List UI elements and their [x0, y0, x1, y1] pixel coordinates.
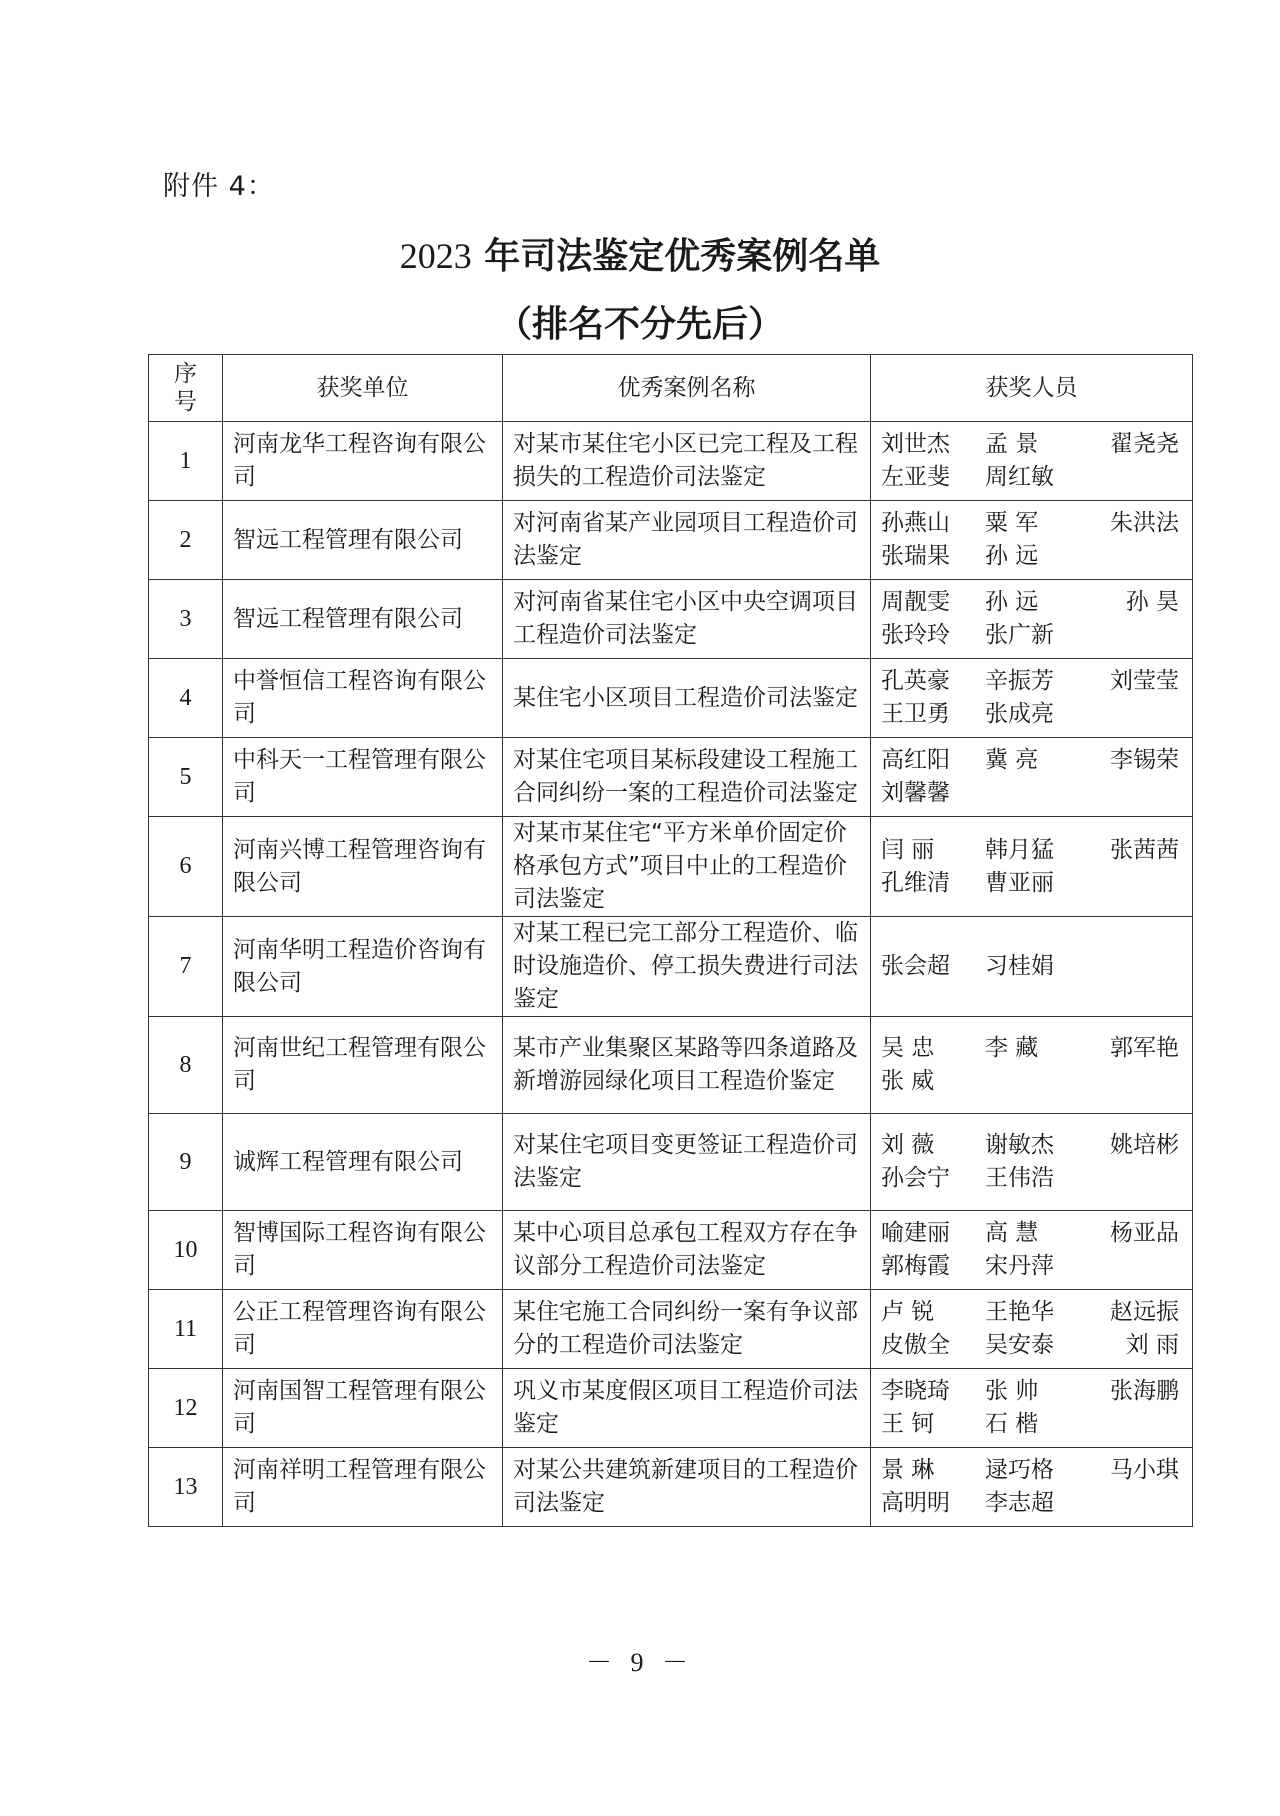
person-name: 孙 远	[985, 540, 1075, 573]
award-people: 刘 薇谢敏杰姚培彬孙会宁王伟浩	[871, 1114, 1193, 1211]
person-name: 刘 薇	[881, 1129, 971, 1162]
person-name: 吴安泰	[985, 1329, 1075, 1362]
person-name: 张 威	[881, 1065, 971, 1098]
person-name: 喻建丽	[881, 1217, 971, 1250]
person-name: 石 楷	[985, 1408, 1075, 1441]
title-text: 年司法鉴定优秀案例名单	[484, 236, 880, 277]
person-name: 杨亚品	[1089, 1217, 1179, 1250]
attachment-label: 附件 4：	[163, 164, 275, 203]
case-name: 某市产业集聚区某路等四条道路及新增游园绿化项目工程造价鉴定	[503, 1017, 871, 1114]
person-name: 张广新	[985, 619, 1075, 652]
person-name: 景 琳	[881, 1454, 971, 1487]
table-row: 10智博国际工程咨询有限公司某中心项目总承包工程双方存在争议部分工程造价司法鉴定…	[149, 1211, 1193, 1290]
person-name: 刘 雨	[1089, 1329, 1179, 1362]
case-name: 对河南省某住宅小区中央空调项目工程造价司法鉴定	[503, 580, 871, 659]
people-list: 吴 忠李 藏郭军艳张 威	[881, 1032, 1182, 1098]
case-name: 对某公共建筑新建项目的工程造价司法鉴定	[503, 1448, 871, 1527]
award-people: 景 琳逯巧格马小琪高明明李志超	[871, 1448, 1193, 1527]
person-name: 姚培彬	[1089, 1129, 1179, 1162]
person-name: 王伟浩	[985, 1162, 1075, 1195]
award-people: 张会超习桂娟	[871, 917, 1193, 1017]
case-name: 某中心项目总承包工程双方存在争议部分工程造价司法鉴定	[503, 1211, 871, 1290]
person-name: 曹亚丽	[985, 867, 1075, 900]
person-name: 周靓雯	[881, 586, 971, 619]
person-name: 卢 锐	[881, 1296, 971, 1329]
case-name: 对某市某住宅“平方米单价固定价格承包方式”项目中止的工程造价司法鉴定	[503, 817, 871, 917]
people-list: 卢 锐王艳华赵远振皮傲全吴安泰刘 雨	[881, 1296, 1182, 1362]
person-name: 孙会宁	[881, 1162, 971, 1195]
person-name: 宋丹萍	[985, 1250, 1075, 1283]
case-name: 对某住宅项目某标段建设工程施工合同纠纷一案的工程造价司法鉴定	[503, 738, 871, 817]
people-list: 刘 薇谢敏杰姚培彬孙会宁王伟浩	[881, 1129, 1182, 1195]
person-name: 吴 忠	[881, 1032, 971, 1065]
case-name: 某住宅小区项目工程造价司法鉴定	[503, 659, 871, 738]
person-name: 翟尧尧	[1089, 428, 1179, 461]
person-name: 李锡荣	[1089, 744, 1179, 777]
award-unit: 诚辉工程管理有限公司	[223, 1114, 503, 1211]
row-number: 5	[149, 738, 223, 817]
people-list: 周靓雯孙 远孙 昊张玲玲张广新	[881, 586, 1182, 652]
award-unit: 公正工程管理咨询有限公司	[223, 1290, 503, 1369]
table-row: 2智远工程管理有限公司对河南省某产业园项目工程造价司法鉴定孙燕山粟 军朱洪法张瑞…	[149, 501, 1193, 580]
person-name: 李志超	[985, 1487, 1075, 1520]
table-row: 3智远工程管理有限公司对河南省某住宅小区中央空调项目工程造价司法鉴定周靓雯孙 远…	[149, 580, 1193, 659]
person-name: 冀 亮	[985, 744, 1075, 777]
person-name: 张会超	[881, 950, 971, 983]
person-name: 高明明	[881, 1487, 971, 1520]
row-number: 9	[149, 1114, 223, 1211]
person-name: 粟 军	[985, 507, 1075, 540]
person-name: 刘馨馨	[881, 777, 971, 810]
person-name: 孙 昊	[1089, 586, 1179, 619]
table-row: 11公正工程管理咨询有限公司某住宅施工合同纠纷一案有争议部分的工程造价司法鉴定卢…	[149, 1290, 1193, 1369]
table-row: 8河南世纪工程管理有限公司某市产业集聚区某路等四条道路及新增游园绿化项目工程造价…	[149, 1017, 1193, 1114]
person-name: 辛振芳	[985, 665, 1075, 698]
person-name: 张瑞果	[881, 540, 971, 573]
header-people: 获奖人员	[871, 355, 1193, 422]
award-people: 孙燕山粟 军朱洪法张瑞果孙 远	[871, 501, 1193, 580]
row-number: 4	[149, 659, 223, 738]
award-unit: 河南华明工程造价咨询有限公司	[223, 917, 503, 1017]
person-name: 张玲玲	[881, 619, 971, 652]
award-unit: 中誉恒信工程咨询有限公司	[223, 659, 503, 738]
people-list: 李晓琦张 帅张海鹏王 钶石 楷	[881, 1375, 1182, 1441]
award-unit: 河南国智工程管理有限公司	[223, 1369, 503, 1448]
person-name: 李晓琦	[881, 1375, 971, 1408]
award-unit: 河南祥明工程管理有限公司	[223, 1448, 503, 1527]
row-number: 1	[149, 422, 223, 501]
person-name: 李 藏	[985, 1032, 1075, 1065]
person-name: 郭军艳	[1089, 1032, 1179, 1065]
table-row: 6河南兴博工程管理咨询有限公司对某市某住宅“平方米单价固定价格承包方式”项目中止…	[149, 817, 1193, 917]
person-name: 张成亮	[985, 698, 1075, 731]
person-name: 刘莹莹	[1089, 665, 1179, 698]
award-unit: 智远工程管理有限公司	[223, 501, 503, 580]
person-name: 马小琪	[1089, 1454, 1179, 1487]
person-name: 习桂娟	[985, 950, 1075, 983]
person-name: 逯巧格	[985, 1454, 1075, 1487]
person-name: 韩月猛	[985, 834, 1075, 867]
people-list: 孙燕山粟 军朱洪法张瑞果孙 远	[881, 507, 1182, 573]
person-name: 高 慧	[985, 1217, 1075, 1250]
person-name: 孔维清	[881, 867, 971, 900]
award-unit: 河南世纪工程管理有限公司	[223, 1017, 503, 1114]
row-number: 10	[149, 1211, 223, 1290]
people-list: 喻建丽高 慧杨亚品郭梅霞宋丹萍	[881, 1217, 1182, 1283]
table-row: 13河南祥明工程管理有限公司对某公共建筑新建项目的工程造价司法鉴定景 琳逯巧格马…	[149, 1448, 1193, 1527]
row-number: 2	[149, 501, 223, 580]
person-name: 周红敏	[985, 461, 1075, 494]
case-name: 对某市某住宅小区已完工程及工程损失的工程造价司法鉴定	[503, 422, 871, 501]
award-people: 高红阳冀 亮李锡荣刘馨馨	[871, 738, 1193, 817]
header-case: 优秀案例名称	[503, 355, 871, 422]
people-list: 景 琳逯巧格马小琪高明明李志超	[881, 1454, 1182, 1520]
award-unit: 中科天一工程管理有限公司	[223, 738, 503, 817]
person-name: 张茜茜	[1089, 834, 1179, 867]
row-number: 12	[149, 1369, 223, 1448]
award-people: 孔英豪辛振芳刘莹莹王卫勇张成亮	[871, 659, 1193, 738]
case-name: 对河南省某产业园项目工程造价司法鉴定	[503, 501, 871, 580]
award-people: 吴 忠李 藏郭军艳张 威	[871, 1017, 1193, 1114]
person-name: 王艳华	[985, 1296, 1075, 1329]
award-unit: 智博国际工程咨询有限公司	[223, 1211, 503, 1290]
table-row: 7河南华明工程造价咨询有限公司对某工程已完工部分工程造价、临时设施造价、停工损失…	[149, 917, 1193, 1017]
row-number: 13	[149, 1448, 223, 1527]
people-list: 刘世杰孟 景翟尧尧左亚斐周红敏	[881, 428, 1182, 494]
case-name: 对某住宅项目变更签证工程造价司法鉴定	[503, 1114, 871, 1211]
award-people: 喻建丽高 慧杨亚品郭梅霞宋丹萍	[871, 1211, 1193, 1290]
row-number: 3	[149, 580, 223, 659]
person-name: 郭梅霞	[881, 1250, 971, 1283]
award-people: 周靓雯孙 远孙 昊张玲玲张广新	[871, 580, 1193, 659]
person-name: 左亚斐	[881, 461, 971, 494]
header-seq: 序号	[149, 355, 223, 422]
person-name: 孟 景	[985, 428, 1075, 461]
people-list: 高红阳冀 亮李锡荣刘馨馨	[881, 744, 1182, 810]
row-number: 11	[149, 1290, 223, 1369]
case-name: 对某工程已完工部分工程造价、临时设施造价、停工损失费进行司法鉴定	[503, 917, 871, 1017]
row-number: 6	[149, 817, 223, 917]
person-name: 高红阳	[881, 744, 971, 777]
person-name: 赵远振	[1089, 1296, 1179, 1329]
award-unit: 河南兴博工程管理咨询有限公司	[223, 817, 503, 917]
person-name: 张 帅	[985, 1375, 1075, 1408]
people-list: 闫 丽韩月猛张茜茜孔维清曹亚丽	[881, 834, 1182, 900]
person-name: 孙燕山	[881, 507, 971, 540]
award-people: 刘世杰孟 景翟尧尧左亚斐周红敏	[871, 422, 1193, 501]
table-row: 9诚辉工程管理有限公司对某住宅项目变更签证工程造价司法鉴定刘 薇谢敏杰姚培彬孙会…	[149, 1114, 1193, 1211]
person-name: 孔英豪	[881, 665, 971, 698]
award-people: 李晓琦张 帅张海鹏王 钶石 楷	[871, 1369, 1193, 1448]
document-title: 2023 年司法鉴定优秀案例名单	[0, 228, 1280, 279]
person-name: 闫 丽	[881, 834, 971, 867]
table-row: 12河南国智工程管理有限公司巩义市某度假区项目工程造价司法鉴定李晓琦张 帅张海鹏…	[149, 1369, 1193, 1448]
table-row: 5中科天一工程管理有限公司对某住宅项目某标段建设工程施工合同纠纷一案的工程造价司…	[149, 738, 1193, 817]
person-name: 刘世杰	[881, 428, 971, 461]
person-name: 王卫勇	[881, 698, 971, 731]
person-name: 皮傲全	[881, 1329, 971, 1362]
table-header-row: 序号 获奖单位 优秀案例名称 获奖人员	[149, 355, 1193, 422]
header-unit: 获奖单位	[223, 355, 503, 422]
person-name: 孙 远	[985, 586, 1075, 619]
award-people: 闫 丽韩月猛张茜茜孔维清曹亚丽	[871, 817, 1193, 917]
case-name: 巩义市某度假区项目工程造价司法鉴定	[503, 1369, 871, 1448]
award-table: 序号 获奖单位 优秀案例名称 获奖人员 1河南龙华工程咨询有限公司对某市某住宅小…	[148, 354, 1193, 1527]
title-year: 2023	[400, 236, 472, 276]
person-name: 王 钶	[881, 1408, 971, 1441]
award-unit: 智远工程管理有限公司	[223, 580, 503, 659]
table-row: 1河南龙华工程咨询有限公司对某市某住宅小区已完工程及工程损失的工程造价司法鉴定刘…	[149, 422, 1193, 501]
row-number: 7	[149, 917, 223, 1017]
table-row: 4中誉恒信工程咨询有限公司某住宅小区项目工程造价司法鉴定孔英豪辛振芳刘莹莹王卫勇…	[149, 659, 1193, 738]
person-name: 张海鹏	[1089, 1375, 1179, 1408]
document-subtitle: （排名不分先后）	[0, 296, 1280, 347]
page-number: － 9 －	[0, 1642, 1280, 1679]
award-unit: 河南龙华工程咨询有限公司	[223, 422, 503, 501]
row-number: 8	[149, 1017, 223, 1114]
people-list: 孔英豪辛振芳刘莹莹王卫勇张成亮	[881, 665, 1182, 731]
person-name: 谢敏杰	[985, 1129, 1075, 1162]
award-people: 卢 锐王艳华赵远振皮傲全吴安泰刘 雨	[871, 1290, 1193, 1369]
case-name: 某住宅施工合同纠纷一案有争议部分的工程造价司法鉴定	[503, 1290, 871, 1369]
people-list: 张会超习桂娟	[881, 950, 1182, 983]
person-name: 朱洪法	[1089, 507, 1179, 540]
